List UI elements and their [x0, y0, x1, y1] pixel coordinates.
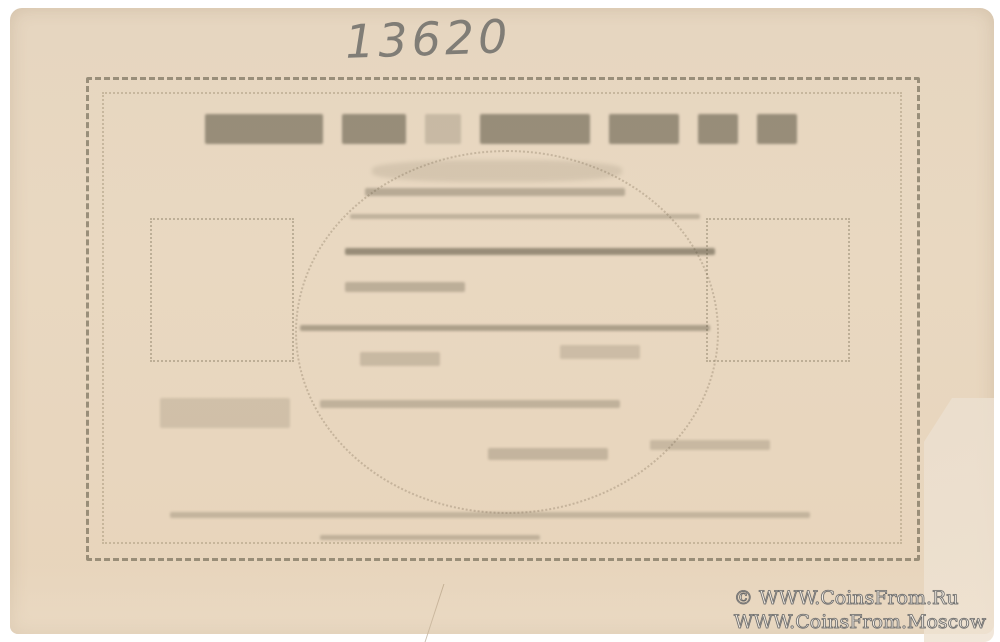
- faded-text-line: [320, 400, 620, 408]
- watermark-line-1: © WWW.CoinsFrom.Ru: [734, 586, 986, 610]
- faded-text-line: [300, 325, 710, 331]
- handwritten-number: 13620: [344, 9, 512, 69]
- faded-text-line: [320, 535, 540, 540]
- paper-tear: [425, 584, 465, 642]
- faded-text-line: [345, 282, 465, 292]
- faded-text-line: [560, 345, 640, 359]
- faded-signature: [650, 440, 770, 450]
- watermark-line-2: WWW.CoinsFrom.Moscow: [734, 610, 986, 634]
- right-denomination-panel: [706, 218, 850, 362]
- faded-text-line: [170, 512, 810, 518]
- faded-text-line: [365, 188, 625, 196]
- faded-text-line: [160, 398, 290, 428]
- faded-text-line: [345, 248, 715, 255]
- watermark: © WWW.CoinsFrom.Ru WWW.CoinsFrom.Moscow: [734, 586, 986, 634]
- mirrored-title-text: [205, 110, 797, 148]
- ink-crown-ornament: [372, 160, 622, 182]
- faded-text-line: [350, 214, 700, 219]
- faded-text-line: [360, 352, 440, 366]
- faded-signature: [488, 448, 608, 460]
- left-denomination-panel: [150, 218, 294, 362]
